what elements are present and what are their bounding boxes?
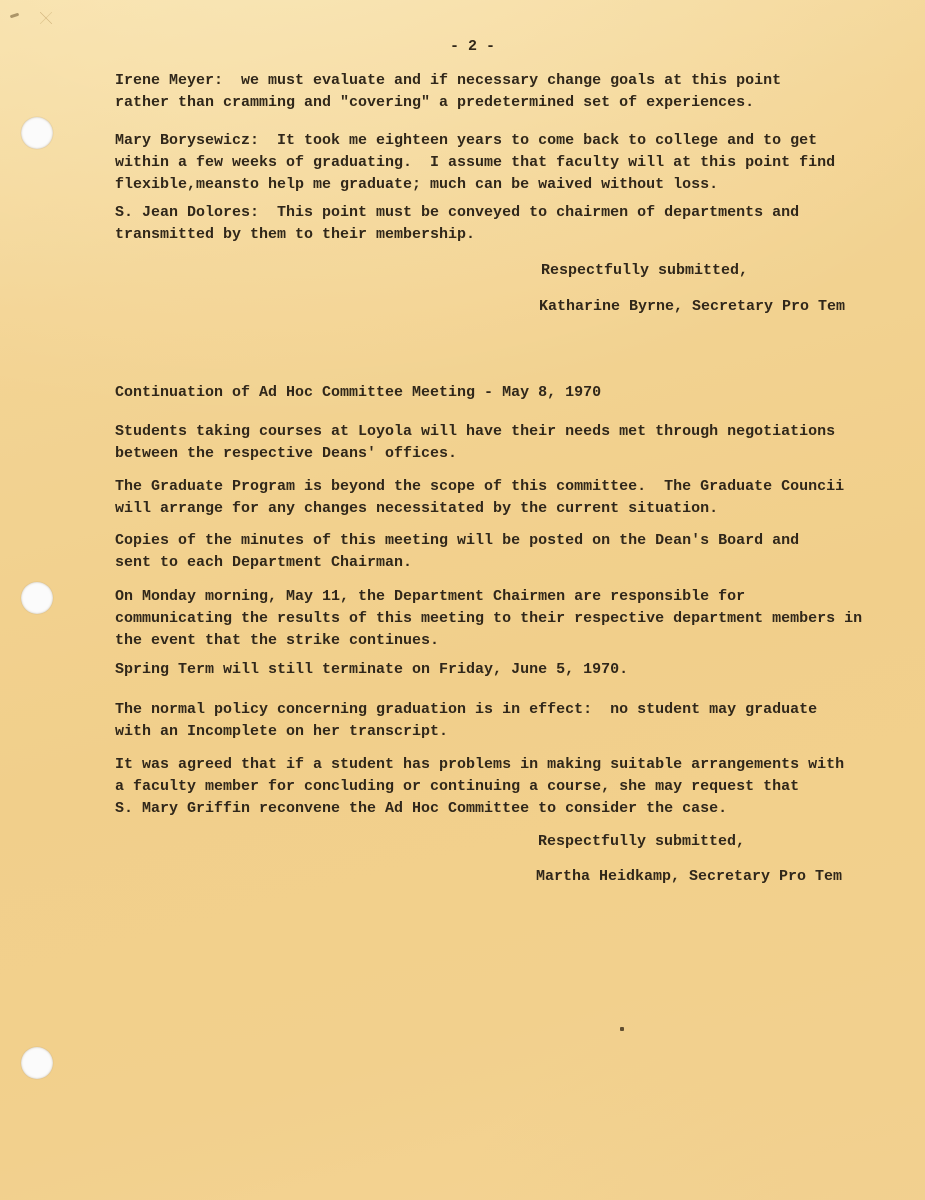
paragraph-department-chairmen: On Monday morning, May 11, the Departmen… bbox=[115, 586, 895, 652]
section-heading: Continuation of Ad Hoc Committee Meeting… bbox=[115, 382, 895, 404]
punch-hole-middle bbox=[21, 582, 53, 614]
document-page: - 2 - Irene Meyer: we must evaluate and … bbox=[0, 0, 925, 1200]
paper-crease-mark bbox=[40, 12, 52, 24]
punch-hole-bottom bbox=[21, 1047, 53, 1079]
ink-speck bbox=[620, 1027, 624, 1031]
paragraph-jean-dolores: S. Jean Dolores: This point must be conv… bbox=[115, 202, 895, 246]
closing-signature-katharine: Katharine Byrne, Secretary Pro Tem bbox=[539, 296, 845, 318]
paragraph-irene-meyer: Irene Meyer: we must evaluate and if nec… bbox=[115, 70, 895, 114]
paragraph-graduation-policy: The normal policy concerning graduation … bbox=[115, 699, 895, 743]
closing-salutation-martha: Respectfully submitted, bbox=[538, 831, 745, 853]
paragraph-minutes-posted: Copies of the minutes of this meeting wi… bbox=[115, 530, 895, 574]
closing-salutation-katharine: Respectfully submitted, bbox=[541, 260, 748, 282]
paragraph-ad-hoc-reconvene: It was agreed that if a student has prob… bbox=[115, 754, 895, 820]
punch-hole-top bbox=[21, 117, 53, 149]
paragraph-spring-term: Spring Term will still terminate on Frid… bbox=[115, 659, 895, 681]
page-number: - 2 - bbox=[450, 36, 495, 58]
paragraph-graduate-program: The Graduate Program is beyond the scope… bbox=[115, 476, 895, 520]
paragraph-loyola-courses: Students taking courses at Loyola will h… bbox=[115, 421, 895, 465]
paragraph-mary-borysewicz: Mary Borysewicz: It took me eighteen yea… bbox=[115, 130, 895, 196]
pen-mark bbox=[10, 13, 19, 19]
closing-signature-martha: Martha Heidkamp, Secretary Pro Tem bbox=[536, 866, 842, 888]
